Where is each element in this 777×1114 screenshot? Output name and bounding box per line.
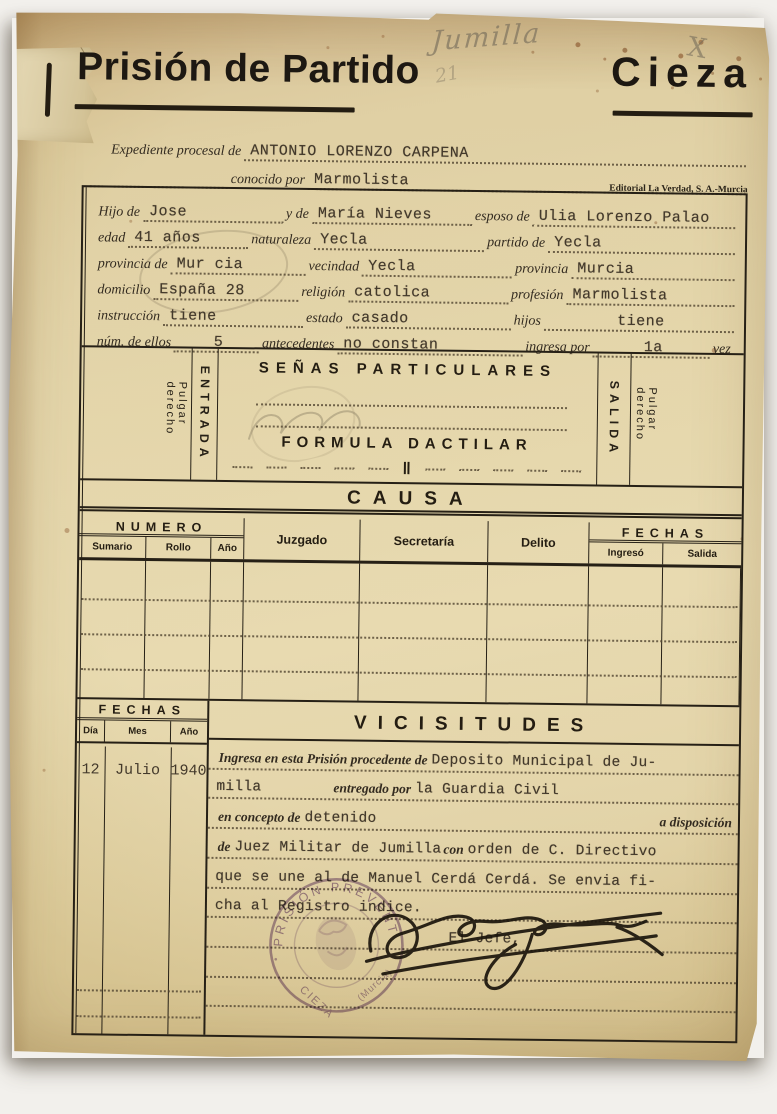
entrada-band: ENTRADA bbox=[191, 349, 219, 480]
province2-value: Murcia bbox=[571, 260, 735, 281]
spouse-name: Ulia Lorenzo Palao bbox=[533, 208, 736, 229]
col-secretaria: Secretaría bbox=[360, 520, 488, 563]
domicilio-label: domicilio bbox=[94, 282, 153, 300]
pulgar-derecho-left-label: Pulgar derecho bbox=[164, 381, 189, 447]
formula-slot bbox=[425, 468, 445, 470]
vicisitudes-main: VICISITUDES Ingresa en esta Prisión proc… bbox=[205, 701, 739, 1041]
form-title: Prisión de Partido bbox=[77, 45, 420, 93]
empty-cell-column bbox=[486, 565, 589, 703]
formula-slot bbox=[266, 466, 286, 468]
empty-cell-column bbox=[358, 564, 488, 703]
naturaleza-label: naturaleza bbox=[248, 232, 314, 250]
vicisitudes-section: FECHAS Día Mes Año 12 Julio 1940 VICISIT… bbox=[73, 697, 739, 1041]
formula-slot bbox=[232, 466, 252, 468]
numero-group: NUMERO Sumario Rollo Año bbox=[79, 516, 244, 559]
entry-month: Julio bbox=[104, 762, 170, 780]
pulgar-derecho-right-label: Pulgar derecho bbox=[633, 387, 658, 453]
formula-slot bbox=[300, 467, 320, 469]
foxing-specks bbox=[12, 8, 15, 11]
leader-gap bbox=[261, 796, 331, 797]
hijo-de-label: Hijo de bbox=[95, 204, 143, 222]
fechas-column: FECHAS Día Mes Año 12 Julio 1940 bbox=[73, 699, 209, 1035]
procedencia-value-cont: milla bbox=[216, 779, 261, 796]
entry-year: 1940 bbox=[170, 762, 206, 779]
father-name: Jose bbox=[143, 203, 283, 224]
empty-cell-column bbox=[77, 560, 146, 698]
main-form-box: Hijo de Jose y de María Nieves esposo de… bbox=[71, 185, 747, 1043]
expediente-label: Expediente procesal de bbox=[108, 143, 244, 162]
esposo-de-label: esposo de bbox=[472, 209, 533, 227]
col-ano2: Año bbox=[171, 721, 207, 742]
fechas-group: FECHAS Ingresó Salida bbox=[589, 522, 741, 565]
disposicion-label: a disposición bbox=[657, 814, 736, 831]
col-sumario: Sumario bbox=[79, 536, 146, 558]
edad-label: edad bbox=[95, 230, 128, 247]
formula-slot bbox=[527, 470, 547, 472]
salida-band: SALIDA bbox=[596, 354, 631, 485]
leader-gap bbox=[559, 799, 736, 801]
col-delito: Delito bbox=[488, 521, 589, 563]
entry-date: 12 Julio 1940 bbox=[76, 761, 206, 780]
col-ano: Año bbox=[211, 538, 243, 559]
concepto-label: en concepto de bbox=[216, 809, 305, 826]
formula-slot bbox=[368, 468, 388, 470]
entregado-label: entregado por bbox=[331, 781, 415, 798]
district-value: Yecla bbox=[548, 234, 735, 255]
education-value: tiene bbox=[163, 307, 303, 328]
senas-center: SEÑAS PARTICULARES FORMULA DACTILAR ‖ bbox=[217, 349, 598, 485]
provincia2-label: provincia bbox=[512, 261, 571, 279]
city-underline bbox=[613, 111, 753, 118]
causa-table-body bbox=[77, 560, 741, 705]
document-sheet: Jumilla X 21 Prisión de Partido Cieza Ex… bbox=[0, 8, 770, 1065]
entregado-value: la Guardia Civil bbox=[415, 782, 559, 800]
ingresa-label: Ingresa en esta Prisión procedente de bbox=[217, 750, 432, 769]
empty-cell-column bbox=[209, 562, 244, 699]
col-rollo: Rollo bbox=[146, 537, 211, 559]
de-label: de bbox=[216, 839, 235, 855]
instruccion-label: instrucción bbox=[94, 308, 163, 326]
faint-handwriting-scribble bbox=[229, 362, 393, 474]
dotted-rule bbox=[77, 989, 201, 993]
partido-label: partido de bbox=[484, 235, 548, 253]
formula-slot bbox=[459, 469, 479, 471]
leader-gap bbox=[376, 827, 657, 830]
hijos-label: hijos bbox=[511, 313, 544, 330]
empty-cell-column bbox=[587, 566, 663, 704]
col-juzgado: Juzgado bbox=[244, 518, 360, 560]
title-underline bbox=[75, 104, 355, 112]
salida-label: SALIDA bbox=[606, 381, 621, 458]
profesion-label: profesión bbox=[508, 287, 567, 305]
vecindad-label: vecindad bbox=[305, 259, 362, 277]
col-dia: Día bbox=[77, 720, 105, 741]
empty-cell-column bbox=[661, 567, 741, 705]
formula-slot bbox=[334, 467, 354, 469]
y-de-label: y de bbox=[283, 207, 312, 224]
con-label: con bbox=[441, 841, 467, 857]
mother-name: María Nieves bbox=[312, 205, 472, 226]
procedencia-value: Deposito Municipal de Ju- bbox=[431, 752, 736, 772]
marital-status-value: casado bbox=[346, 309, 511, 330]
pencil-number-mark: 21 bbox=[433, 62, 461, 88]
chief-signature bbox=[358, 885, 669, 1007]
vicisitudes-title: VICISITUDES bbox=[209, 701, 739, 746]
entrada-label: ENTRADA bbox=[197, 366, 212, 462]
dotted-rule bbox=[77, 1015, 201, 1019]
concepto-value: detenido bbox=[304, 810, 376, 827]
prison-city: Cieza bbox=[611, 49, 754, 98]
fechas-subheader: Día Mes Año bbox=[77, 720, 207, 745]
entry-day: 12 bbox=[76, 761, 104, 778]
pencil-note-jumilla: Jumilla bbox=[431, 18, 543, 57]
causa-title: CAUSA bbox=[80, 478, 742, 519]
numero-group-label: NUMERO bbox=[79, 516, 243, 538]
age-value: 41 años bbox=[128, 229, 248, 249]
estado-label: estado bbox=[303, 311, 346, 329]
profession-value: Marmolista bbox=[566, 286, 734, 307]
address-value: España 28 bbox=[153, 281, 298, 302]
province-value: Mur cia bbox=[170, 255, 305, 276]
fechas-title: FECHAS bbox=[77, 699, 207, 722]
col-salida: Salida bbox=[663, 543, 741, 565]
fingerprint-section: Pulgar derecho ENTRADA SEÑAS PARTICULARE… bbox=[80, 345, 744, 486]
religion-value: catolica bbox=[348, 283, 508, 304]
col-mes: Mes bbox=[105, 721, 171, 743]
orden-value: orden de C. Directivo bbox=[468, 842, 736, 861]
formula-divider-glyph: ‖ bbox=[402, 464, 411, 474]
formula-slot bbox=[493, 469, 513, 471]
empty-cell-column bbox=[144, 561, 211, 699]
children-value: tiene bbox=[544, 312, 734, 333]
formula-slots-row: ‖ bbox=[232, 462, 581, 476]
exit-thumbprint-cell: Pulgar derecho bbox=[629, 354, 744, 486]
birthplace-value: Yecla bbox=[314, 231, 484, 252]
fechas-group-label: FECHAS bbox=[589, 522, 741, 544]
ink-stroke-mark bbox=[45, 63, 52, 117]
residence-value: Yecla bbox=[362, 258, 512, 279]
entry-thumbprint-cell: Pulgar derecho bbox=[80, 347, 193, 479]
col-ingreso: Ingresó bbox=[589, 542, 663, 564]
empty-cell-column bbox=[242, 562, 360, 700]
juez-value: Juez Militar de Jumilla bbox=[234, 839, 441, 858]
senas-particulares-title: SEÑAS PARTICULARES bbox=[218, 359, 597, 381]
religion-label: religión bbox=[298, 285, 348, 303]
formula-slot bbox=[561, 470, 581, 472]
causa-table: NUMERO Sumario Rollo Año Juzgado Secreta… bbox=[77, 516, 741, 705]
provincia-label: provincia de bbox=[95, 256, 171, 274]
